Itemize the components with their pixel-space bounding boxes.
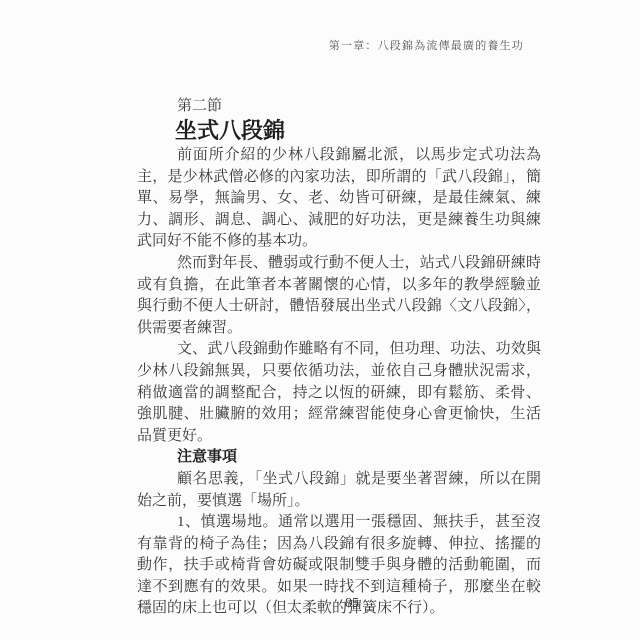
page-content: 第二節 坐式八段錦 前面所介紹的少林八段錦屬北派，以馬步定式功法為主，是少林武僧… [137,95,541,620]
notes-heading: 注意事項 [177,447,541,469]
book-page: 第一章：八段錦為流傳最廣的養生功 第二節 坐式八段錦 前面所介紹的少林八段錦屬北… [0,0,640,640]
chapter-running-header: 第一章：八段錦為流傳最廣的養生功 [0,37,524,53]
body-paragraph-3: 文、武八段錦動作雖略有不同，但功理、功法、功效與少林八段錦無異，只要依循功法，並… [137,339,541,447]
page-number: 85 [137,596,567,612]
page-title: 坐式八段錦 [175,117,541,145]
body-paragraph-2: 然而對年長、體弱或行動不便人士，站式八段錦研練時或有負擔，在此筆者本著關懷的心情… [137,253,541,339]
section-label: 第二節 [177,95,541,117]
body-paragraph-1: 前面所介紹的少林八段錦屬北派，以馬步定式功法為主，是少林武僧必修的內家功法，即所… [137,145,541,253]
notes-paragraph-1: 顧名思義，「坐式八段錦」就是要坐著習練，所以在開始之前，要慎選「場所」。 [137,469,541,512]
